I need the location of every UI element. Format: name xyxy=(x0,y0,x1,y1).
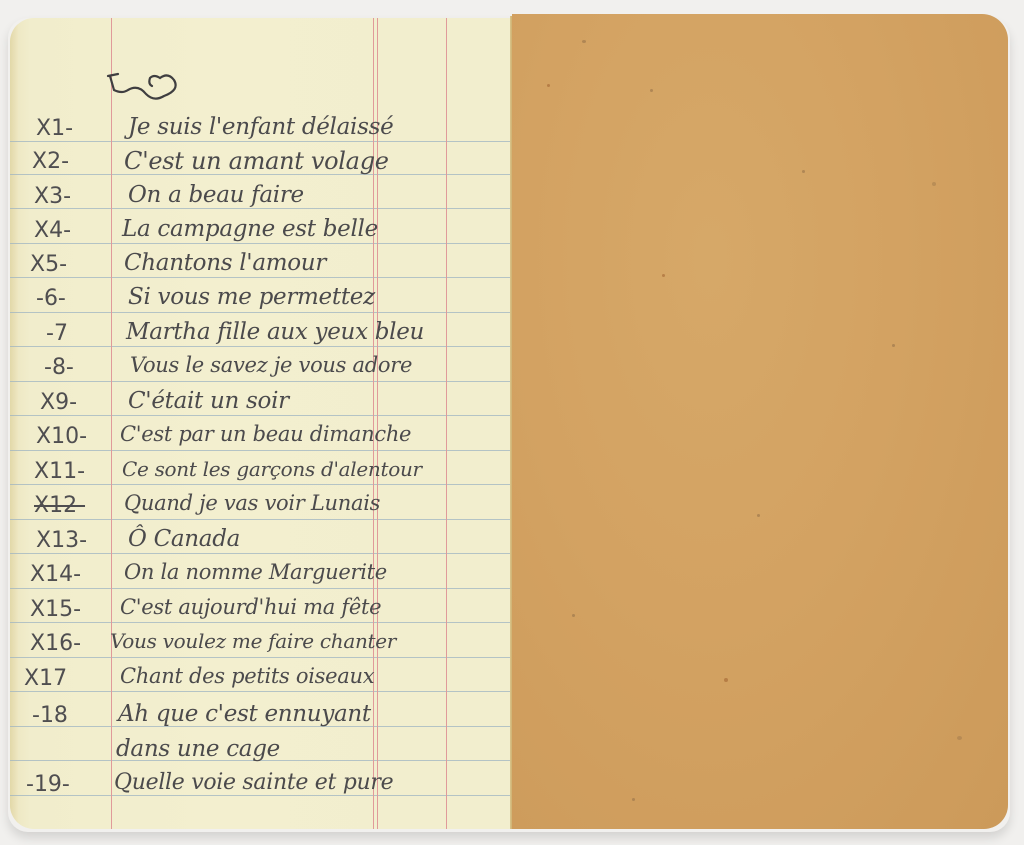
entry-number: -7 xyxy=(46,321,68,346)
ruling-line xyxy=(10,243,512,244)
ruling-line xyxy=(10,277,512,278)
entry-number: -8- xyxy=(44,355,74,380)
entry-number: X3- xyxy=(34,184,71,209)
entry-number: X1- xyxy=(36,116,73,141)
entry-title: C'est un amant volage xyxy=(124,147,389,175)
ruling-line xyxy=(10,450,512,451)
entry-title: Vous le savez je vous adore xyxy=(130,353,412,377)
entry-title: On la nomme Marguerite xyxy=(124,560,387,584)
ruling-line xyxy=(10,553,512,554)
paper-speck xyxy=(892,344,895,347)
paper-speck xyxy=(724,678,728,682)
ruling-line xyxy=(10,208,512,209)
ruling-line xyxy=(10,622,512,623)
entry-number: X17 xyxy=(24,666,67,691)
ruling-line xyxy=(10,141,512,142)
entry-number: X14- xyxy=(30,562,81,587)
ruling-line xyxy=(10,795,512,796)
ruling-line xyxy=(10,346,512,347)
paper-speck xyxy=(572,614,575,617)
left-page: X1-Je suis l'enfant délaissé X2-C'est un… xyxy=(10,18,512,829)
entry-title: Je suis l'enfant délaissé xyxy=(128,114,393,140)
entry-number: X11- xyxy=(34,459,85,484)
entry-number: -18 xyxy=(32,703,68,728)
page-edge xyxy=(10,18,18,829)
paper-speck xyxy=(932,182,936,186)
paper-speck xyxy=(547,84,550,87)
paper-speck xyxy=(662,274,665,277)
ruling-line xyxy=(10,657,512,658)
entry-title: C'était un soir xyxy=(128,388,289,414)
right-page-cover xyxy=(512,14,1008,829)
entry-title: C'est aujourd'hui ma fête xyxy=(120,595,381,619)
entry-title: Quelle voie sainte et pure xyxy=(114,770,393,795)
entry-number: -6- xyxy=(36,286,66,311)
entry-title: Ce sont les garçons d'alentour xyxy=(122,457,422,481)
entry-title: On a beau faire xyxy=(128,182,304,208)
entry-number: X4- xyxy=(34,218,71,243)
entry-title: Martha fille aux yeux bleu xyxy=(126,319,424,345)
paper-speck xyxy=(582,40,586,43)
paper-speck xyxy=(632,798,635,801)
ruling-line xyxy=(10,519,512,520)
paper-speck xyxy=(957,736,962,740)
ruling-line xyxy=(10,381,512,382)
entry-title: dans une cage xyxy=(116,736,280,762)
entry-number: X15- xyxy=(30,597,81,622)
entry-title: C'est par un beau dimanche xyxy=(120,422,411,446)
entry-number: X2- xyxy=(32,149,69,174)
entry-title: Ô Canada xyxy=(128,526,240,552)
entry-title: Chant des petits oiseaux xyxy=(120,664,374,688)
ruling-line xyxy=(10,312,512,313)
entry-number: X12- xyxy=(34,493,85,518)
paper-speck xyxy=(802,170,805,173)
ruling-line xyxy=(10,415,512,416)
entry-title: Quand je vas voir Lunais xyxy=(124,491,380,515)
entry-number: -19- xyxy=(26,772,70,797)
paper-speck xyxy=(757,514,760,517)
entry-number: X13- xyxy=(36,528,87,553)
margin-line xyxy=(111,18,112,829)
paper-speck xyxy=(650,89,653,92)
margin-line xyxy=(446,18,447,829)
entry-title: Vous voulez me faire chanter xyxy=(110,629,396,653)
entry-number: X16- xyxy=(30,631,81,656)
entry-title: La campagne est belle xyxy=(122,216,378,242)
ruling-line xyxy=(10,588,512,589)
entry-title: Chantons l'amour xyxy=(124,250,326,276)
entry-title: Si vous me permettez xyxy=(128,284,375,310)
entry-number: X9- xyxy=(40,390,77,415)
entry-number: X5- xyxy=(30,252,67,277)
ruling-line xyxy=(10,691,512,692)
entry-number: X10- xyxy=(36,424,87,449)
entry-title: Ah que c'est ennuyant xyxy=(118,701,371,727)
ruling-line xyxy=(10,484,512,485)
